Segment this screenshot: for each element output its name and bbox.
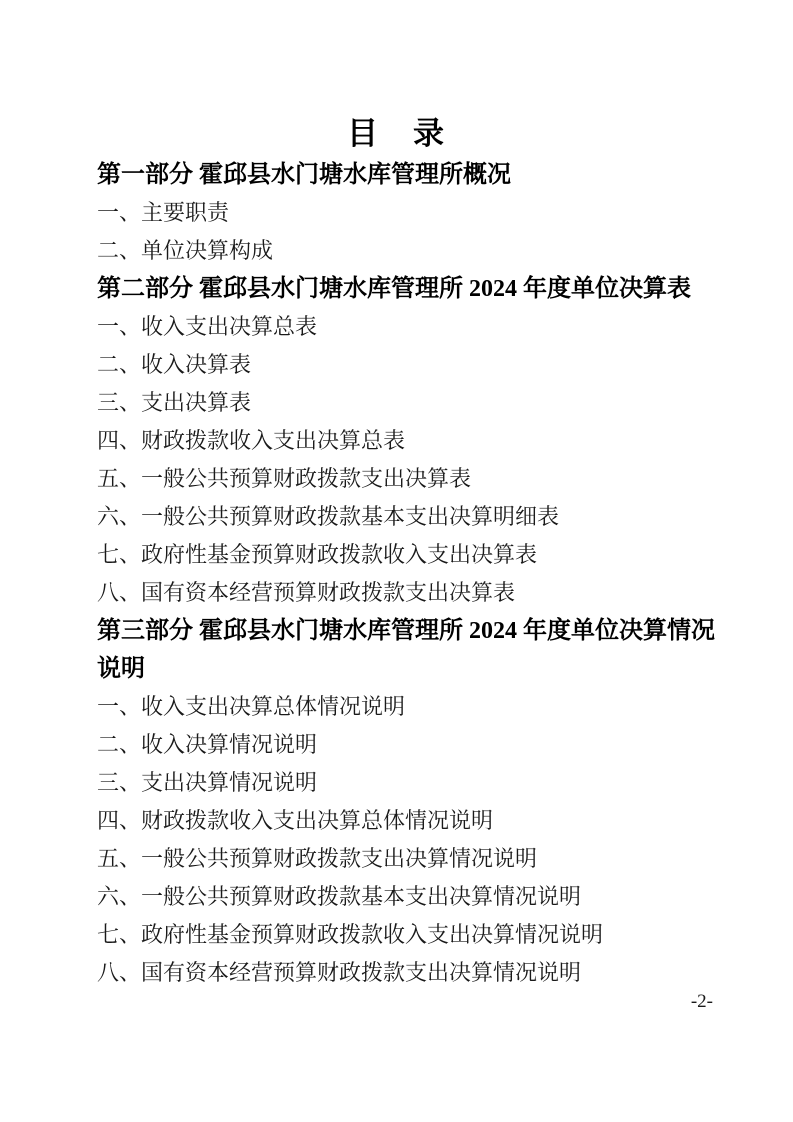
toc-item: 二、收入决算表 [97, 346, 717, 384]
toc-item: 一、收入支出决算总体情况说明 [97, 688, 717, 726]
toc-item: 三、支出决算表 [97, 384, 717, 422]
toc-section-heading-3: 第三部分 霍邱县水门塘水库管理所 2024 年度单位决算情况说明 [97, 612, 717, 688]
toc-item: 六、一般公共预算财政拨款基本支出决算情况说明 [97, 878, 717, 916]
toc-item: 五、一般公共预算财政拨款支出决算表 [97, 460, 717, 498]
toc-item: 三、支出决算情况说明 [97, 764, 717, 802]
toc-section-heading-2: 第二部分 霍邱县水门塘水库管理所 2024 年度单位决算表 [97, 270, 717, 308]
toc-item: 一、收入支出决算总表 [97, 308, 717, 346]
toc-item: 二、单位决算构成 [97, 232, 717, 270]
toc-item: 四、财政拨款收入支出决算总体情况说明 [97, 802, 717, 840]
toc-item: 八、国有资本经营预算财政拨款支出决算表 [97, 574, 717, 612]
page-number: -2- [691, 991, 713, 1013]
toc-item: 四、财政拨款收入支出决算总表 [97, 422, 717, 460]
document-page: 目 录 第一部分 霍邱县水门塘水库管理所概况 一、主要职责 二、单位决算构成 第… [0, 0, 793, 1122]
toc-item: 七、政府性基金预算财政拨款收入支出决算表 [97, 536, 717, 574]
toc-section-heading-1: 第一部分 霍邱县水门塘水库管理所概况 [97, 156, 717, 194]
toc-item: 六、一般公共预算财政拨款基本支出决算明细表 [97, 498, 717, 536]
toc-item: 七、政府性基金预算财政拨款收入支出决算情况说明 [97, 916, 717, 954]
toc-item: 一、主要职责 [97, 194, 717, 232]
toc-item: 八、国有资本经营预算财政拨款支出决算情况说明 [97, 954, 717, 992]
table-of-contents: 第一部分 霍邱县水门塘水库管理所概况 一、主要职责 二、单位决算构成 第二部分 … [97, 156, 717, 992]
page-title: 目 录 [0, 108, 793, 153]
toc-item: 五、一般公共预算财政拨款支出决算情况说明 [97, 840, 717, 878]
toc-item: 二、收入决算情况说明 [97, 726, 717, 764]
